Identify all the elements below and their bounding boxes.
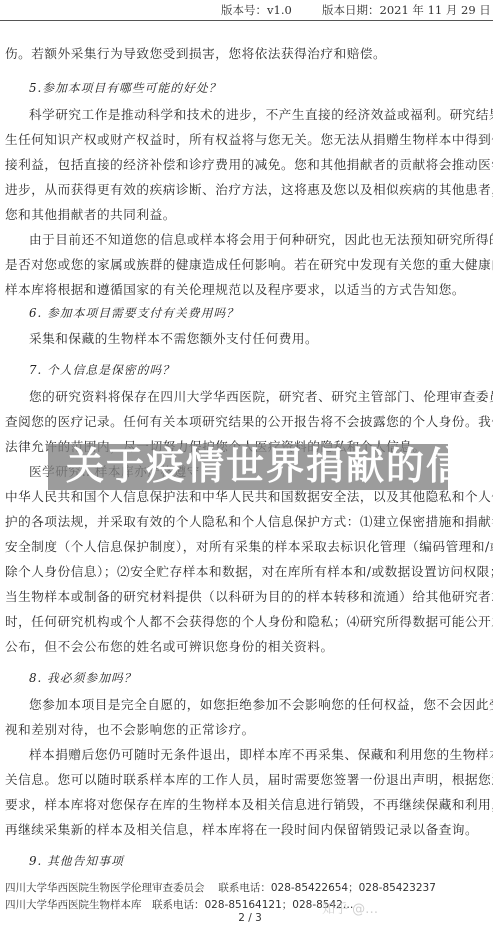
paragraph-line: 查阅您的医疗记录。任何有关本项研究结果的公开报告将不会披露您的个人身份。我们将在 xyxy=(5,411,493,430)
paragraph-line: 伤。若额外采集行为导致您受到损害，您将依法获得治疗和赔偿。 xyxy=(5,43,493,62)
section-6-heading: 6. 参加本项目需要支付有关费用吗？ xyxy=(29,304,239,321)
paragraph-line: 关信息。您可以随时联系样本库的工作人员，届时需要您签署一份退出声明，根据您退出的 xyxy=(5,769,493,788)
paragraph-line: 由于目前还不知道您的信息或样本将会用于何种研究，因此也无法预知研究所得的结果 xyxy=(29,229,493,248)
paragraph-line: 公布，但不会公布您的姓名或可辨识您身份的相关资料。 xyxy=(5,636,493,655)
paragraph-line: 当生物样本或制备的研究材料提供（以科研为目的的样本转移和流通）给其他研究者或机构 xyxy=(5,586,493,605)
paragraph-line: 您的研究资料将保存在四川大学华西医院，研究者、研究主管部门、伦理审查委员会可 xyxy=(29,386,493,405)
section-7-heading: 7. 个人信息是保密的吗？ xyxy=(29,361,175,378)
footer-contact-biobank: 四川大学华西医院生物样本库 联系电话：028-85164121；028-8542… xyxy=(5,897,353,912)
paragraph-line: 生任何知识产权或财产权益时，所有权益将与您无关。您无法从捐赠生物样本中得到任何直 xyxy=(5,129,493,148)
paragraph-line: 采集和保藏的生物样本不需您额外支付任何费用。 xyxy=(29,328,493,347)
paragraph-line: 是否对您或您的家属或族群的健康造成任何影响。若在研究中发现有关您的重大健康问题， xyxy=(5,254,493,273)
version-number: 版本号：v1.0 xyxy=(221,2,292,18)
overlay-banner-title: 关于疫情世界捐献的信息 xyxy=(66,443,500,489)
section-5-heading: 5.参加本项目有哪些可能的好处？ xyxy=(29,79,221,96)
paragraph-line: 接利益，包括直接的经济补偿和诊疗费用的减免。您和其他捐献者的贡献将会推动医学技术 xyxy=(5,154,493,173)
paragraph-line: 安全制度（个人信息保护制度），对所有采集的样本采取去标识化管理（编码管理和/或删 xyxy=(5,536,493,555)
section-9-heading: 9. 其他告知事项 xyxy=(29,852,124,869)
paragraph-line: 护的各项法规，并采取有效的个人隐私和个人信息保护方式：⑴建立保密措施和捐献者信息 xyxy=(5,511,493,530)
paragraph-line: 科学研究工作是推动科学和技术的进步，不产生直接的经济效益或福利。研究结果若衍 xyxy=(29,104,493,123)
paragraph-line: 您参加本项目是完全自愿的，如您拒绝参加不会影响您的任何权益，您不会因此受到歧 xyxy=(29,694,493,713)
paragraph-line: 视和差别对待，也不会影响您的正常诊疗。 xyxy=(5,719,493,738)
paragraph-line: 样本捐赠后您仍可随时无条件退出，即样本库不再采集、保藏和利用您的生物样本及相 xyxy=(29,744,493,763)
paragraph-line: 要求，样本库将对您保存在库的生物样本及相关信息进行销毁，不再继续保藏和利用，也不 xyxy=(5,794,493,813)
page-header: 版本号：v1.0 版本日期：2021 年 11 月 29 日 xyxy=(0,0,493,21)
paragraph-line: 您和其他捐献者的共同利益。 xyxy=(5,204,493,223)
paragraph-line: 样本库将根据和遵循国家的有关伦理规范以及程序要求，以适当的方式告知您。 xyxy=(5,279,493,298)
paragraph-line: 时，任何研究机构或个人都不会获得您的个人身份和隐私；⑷研究所得数据可能公开发表或 xyxy=(5,611,493,630)
footer-contact-ethics: 四川大学华西医院生物医学伦理审查委员会 联系电话：028-85422654；02… xyxy=(5,880,436,895)
document-page: 版本号：v1.0 版本日期：2021 年 11 月 29 日 伤。若额外采集行为… xyxy=(0,0,500,927)
section-8-heading: 8. 我必须参加吗？ xyxy=(29,669,137,686)
paragraph-line: 进步，从而获得更有效的疾病诊断、治疗方法，这将惠及您以及相似疾病的其他患者，这是 xyxy=(5,179,493,198)
paragraph-line: 除个人身份信息）；⑵安全贮存样本和数据，对在库所有样本和/或数据设置访问权限；⑶ xyxy=(5,561,493,580)
version-date: 版本日期：2021 年 11 月 29 日 xyxy=(322,2,491,18)
page-number: 2 / 3 xyxy=(0,912,500,924)
paragraph-line: 再继续采集新的样本及相关信息，样本库将在一段时间内保留销毁记录以备查询。 xyxy=(5,819,493,838)
